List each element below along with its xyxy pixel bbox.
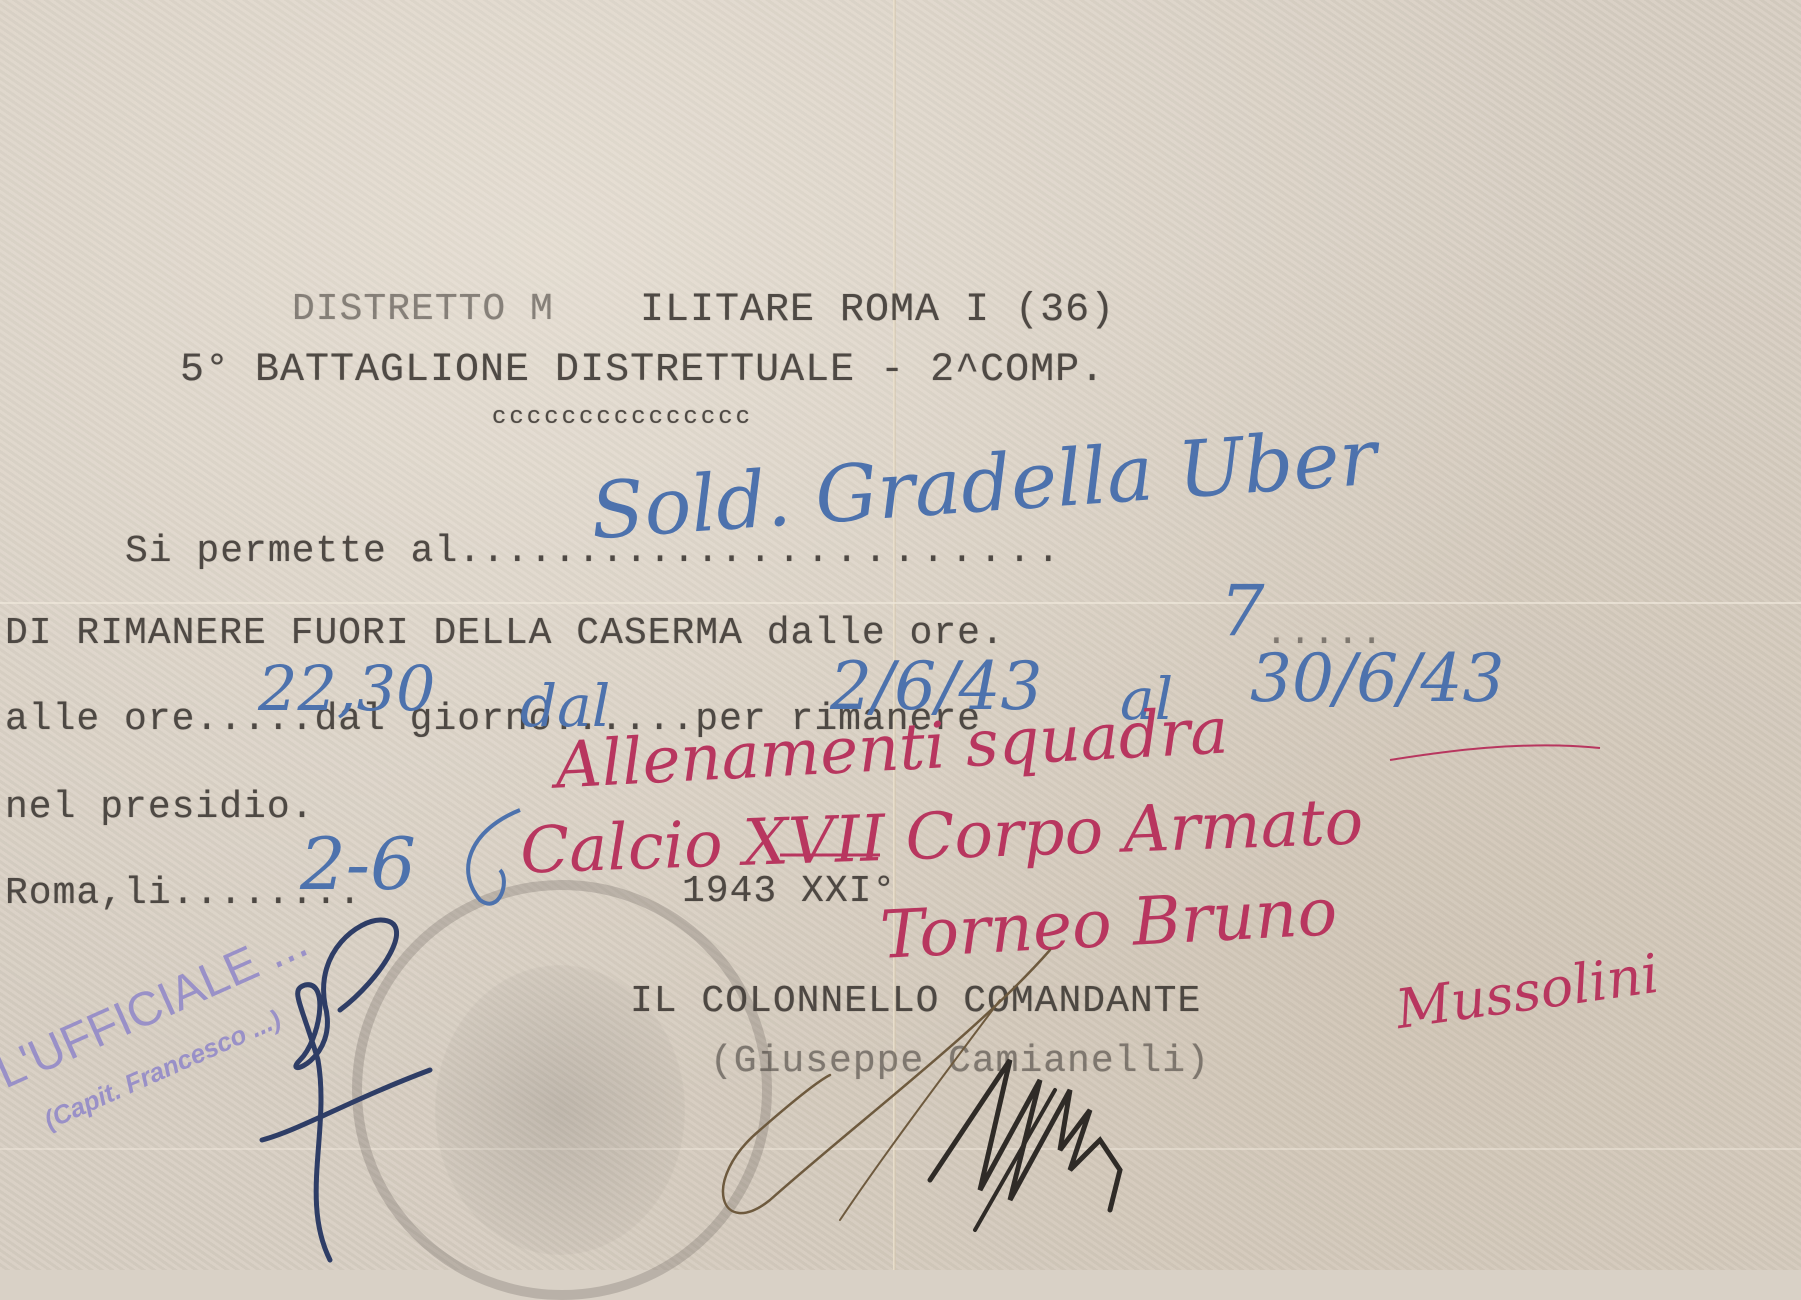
signature-strokes — [0, 0, 1801, 1270]
colonel-signature-icon — [723, 950, 1120, 1230]
blue-ink-flourish — [468, 810, 520, 904]
officer-signature-icon — [262, 920, 430, 1260]
red-ink-flourish — [1390, 745, 1600, 760]
